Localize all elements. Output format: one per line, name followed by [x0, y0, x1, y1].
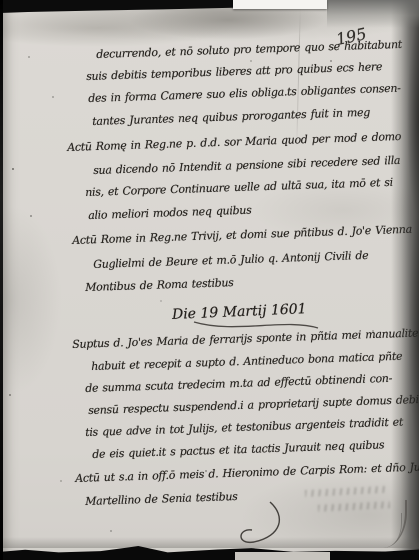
scan-border-left — [0, 0, 3, 560]
bottom-edge-shadow — [0, 537, 419, 548]
index-tab-bottom — [235, 552, 330, 560]
manuscript-scan: 195 decurrendo, et nō soluto pro tempore… — [0, 0, 419, 560]
page-stack-top-edge — [327, 0, 419, 28]
index-tab-top — [233, 0, 327, 9]
page-stack-right-edge — [391, 0, 419, 560]
